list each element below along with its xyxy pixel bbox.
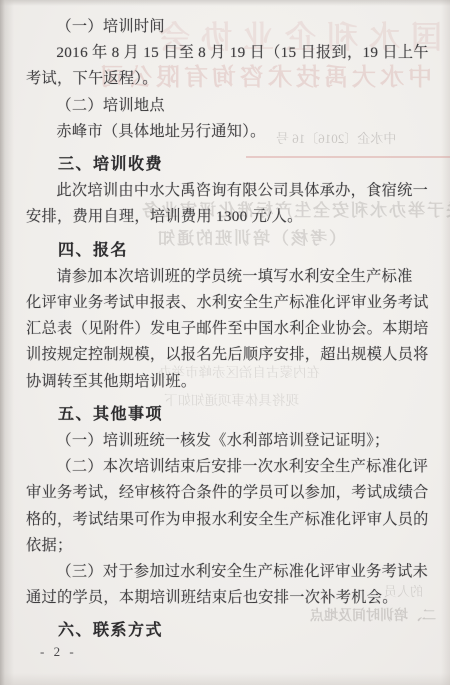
document-line: 2016 年 8 月 15 日至 8 月 19 日（15 日报到，19 日上午 (26, 40, 426, 66)
document-line: 化评审业务考试申报表、水利安全生产标准化评审业务考试 (26, 290, 426, 316)
document-body: （一）培训时间2016 年 8 月 15 日至 8 月 19 日（15 日报到，… (26, 14, 426, 645)
document-line: 此次培训由中水大禹咨询有限公司具体承办，食宿统一 (26, 178, 426, 204)
document-line: （一）培训时间 (26, 14, 426, 40)
document-line: 协调转至其他期培训班。 (26, 369, 426, 395)
section-heading: 五、其他事项 (26, 402, 426, 428)
document-line: 格的，考试结果可作为申报水利安全生产标准化评审人员的 (26, 507, 426, 533)
document-line: 汇总表（见附件）发电子邮件至中国水利企业协会。本期培 (26, 316, 426, 342)
document-line: （二）本次培训结束后安排一次水利安全生产标准化评 (26, 454, 426, 480)
document-line: （三）对于参加过水利安全生产标准化评审业务考试未 (26, 559, 426, 585)
document-line: 安排，费用自理，培训费用 1300 元/人。 (26, 204, 426, 230)
document-line: （二）培训地点 (26, 93, 426, 119)
section-heading: 三、培训收费 (26, 152, 426, 178)
document-line: 训按规定控制规模，以报名先后顺序安排，超出规模人员将 (26, 342, 426, 368)
document-line: 依据； (26, 533, 426, 559)
document-line: （一）培训班统一核发《水利部培训登记证明》； (26, 428, 426, 454)
scanned-document-page: 中国水利企业协会 中水大禹技术咨询有限公司 中水企〔2016〕16 号 关于举办… (0, 0, 450, 685)
document-line: 通过的学员，本期培训班结束后也安排一次补考机会。 (26, 585, 426, 611)
document-line: 考试，下午返程）。 (26, 66, 426, 92)
page-number: - 2 - (40, 644, 77, 660)
section-heading: 六、联系方式 (26, 618, 426, 644)
section-heading: 四、报名 (26, 238, 426, 264)
document-line: 赤峰市（具体地址另行通知）。 (26, 119, 426, 145)
document-line: 审业务考试，经审核符合条件的学员可以参加，考试成绩合 (26, 480, 426, 506)
document-line: 请参加本次培训班的学员统一填写水利安全生产标准 (26, 264, 426, 290)
